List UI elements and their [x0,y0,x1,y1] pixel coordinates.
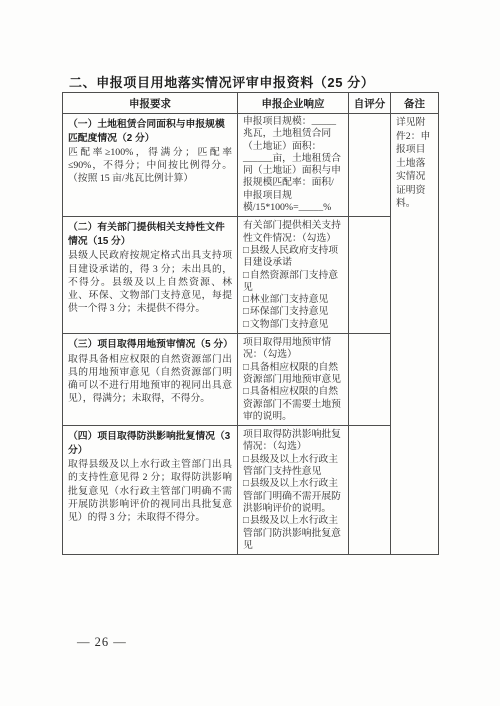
self-score-cell [349,217,391,334]
response-text: 申报项目规模：_____兆瓦，土地租赁合同（土地证）面积：______亩，土地租… [243,116,343,214]
requirement-cell: （三）项目取得用地预审情况（5 分） 取得具备相应权限的自然资源部门出具的用地预… [63,334,238,426]
option-label: 林业部门支持意见 [250,294,328,305]
evaluation-table: 申报要求 申报企业响应 自评分 备注 （一）土地租赁合同面积与申报规模匹配度情况… [62,92,439,555]
checkbox-option: □县级及以上水行政主管部门防洪影响批复意见 [243,515,343,552]
self-score-cell [349,334,391,426]
requirement-body: 县级人民政府按规定格式出具支持项目建设承诺的，得 3 分；未出具的，不得分。县级… [68,249,232,315]
requirement-cell: （二）有关部门提供相关支持性文件情况（15 分） 县级人民政府按规定格式出具支持… [63,217,238,334]
checkbox-icon: □ [243,386,249,397]
response-cell: 项目取得用地预审情况：（勾选） □具备相应权限的自然资源部门用地预审意见 □具备… [238,334,349,426]
remark-cell: 详见附件2：申报项目土地落实情况证明资料。 [391,114,439,555]
checkbox-icon: □ [243,362,249,373]
section-title: 二、申报项目用地落实情况评审申报资料（25 分） [69,72,374,91]
column-header-self-score: 自评分 [349,93,391,114]
response-intro: 有关部门提供相关支持性文件情况：（勾选） [243,220,343,245]
option-label: 自然资源部门支持意见 [243,270,338,293]
column-header-requirement: 申报要求 [63,93,238,114]
requirement-cell: （四）项目取得防洪影响批复情况（3 分） 取得县级及以上水行政主管部门出具的支持… [63,426,238,555]
checkbox-option: □文物部门支持意见 [243,319,343,331]
option-label: 文物部门支持意见 [250,319,328,330]
column-header-response: 申报企业响应 [238,93,349,114]
checkbox-option: □县级人民政府支持项目建设承诺 [243,245,343,270]
table-row: （三）项目取得用地预审情况（5 分） 取得具备相应权限的自然资源部门出具的用地预… [63,334,439,426]
response-cell: 申报项目规模：_____兆瓦，土地租赁合同（土地证）面积：______亩，土地租… [238,114,349,217]
requirement-body: 取得县级及以上水行政主管部门出具的支持性意见得 2 分；取得防洪影响批复意见（水… [68,458,232,524]
self-score-cell [349,426,391,555]
response-intro: 项目取得防洪影响批复情况：（勾选） [243,429,343,454]
requirement-body: 匹配率≥100%，得满分；匹配率≤90%，不得分；中间按比例得分。（按照 15 … [68,146,232,186]
checkbox-option: □县级及以上水行政主管部门明确不需开展防洪影响评价的说明。 [243,478,343,515]
option-label: 县级人民政府支持项目建设承诺 [243,245,338,268]
checkbox-option: □自然资源部门支持意见 [243,270,343,295]
requirement-heading: （一）土地租赁合同面积与申报规模匹配度情况（2 分） [68,118,232,145]
checkbox-icon: □ [243,454,249,465]
response-intro: 项目取得用地预审情况：（勾选） [243,337,343,362]
checkbox-icon: □ [243,319,249,330]
checkbox-icon: □ [243,515,249,526]
response-cell: 有关部门提供相关支持性文件情况：（勾选） □县级人民政府支持项目建设承诺 □自然… [238,217,349,334]
checkbox-icon: □ [243,478,249,489]
checkbox-option: □环保部门支持意见 [243,306,343,318]
checkbox-option: □县级及以上水行政主管部门支持性意见 [243,454,343,479]
response-cell: 项目取得防洪影响批复情况：（勾选） □县级及以上水行政主管部门支持性意见 □县级… [238,426,349,555]
checkbox-icon: □ [243,306,249,317]
requirement-cell: （一）土地租赁合同面积与申报规模匹配度情况（2 分） 匹配率≥100%，得满分；… [63,114,238,217]
checkbox-option: □具备相应权限的自然资源部门用地预审意见 [243,362,343,387]
table-row: （一）土地租赁合同面积与申报规模匹配度情况（2 分） 匹配率≥100%，得满分；… [63,114,439,217]
self-score-cell [349,114,391,217]
remark-text: 详见附件2：申报项目土地落实情况证明资料。 [396,116,433,211]
option-label: 县级及以上水行政主管部门支持性意见 [243,454,338,477]
checkbox-option: □具备相应权限的自然资源部门不需要土地预审的说明。 [243,386,343,423]
requirement-heading: （四）项目取得防洪影响批复情况（3 分） [68,430,232,457]
document-page: 二、申报项目用地落实情况评审申报资料（25 分） 申报要求 申报企业响应 自评分… [0,0,500,706]
column-header-remark: 备注 [391,93,439,114]
option-label: 环保部门支持意见 [250,306,328,317]
checkbox-option: □林业部门支持意见 [243,294,343,306]
requirement-body: 取得具备相应权限的自然资源部门出具的用地预审意见（自然资源部门明确可以不进行用地… [68,353,232,406]
checkbox-icon: □ [243,270,249,281]
header-row: 申报要求 申报企业响应 自评分 备注 [63,93,439,114]
checkbox-icon: □ [243,294,249,305]
option-label: 具备相应权限的自然资源部门不需要土地预审的说明。 [243,386,341,422]
option-label: 县级及以上水行政主管部门明确不需开展防洪影响评价的说明。 [243,478,341,514]
option-label: 具备相应权限的自然资源部门用地预审意见 [243,362,341,385]
page-number: — 26 — [77,635,127,650]
requirement-heading: （三）项目取得用地预审情况（5 分） [68,338,232,352]
requirement-heading: （二）有关部门提供相关支持性文件情况（15 分） [68,221,232,248]
table-row: （四）项目取得防洪影响批复情况（3 分） 取得县级及以上水行政主管部门出具的支持… [63,426,439,555]
table-row: （二）有关部门提供相关支持性文件情况（15 分） 县级人民政府按规定格式出具支持… [63,217,439,334]
checkbox-icon: □ [243,245,249,256]
option-label: 县级及以上水行政主管部门防洪影响批复意见 [243,515,341,551]
